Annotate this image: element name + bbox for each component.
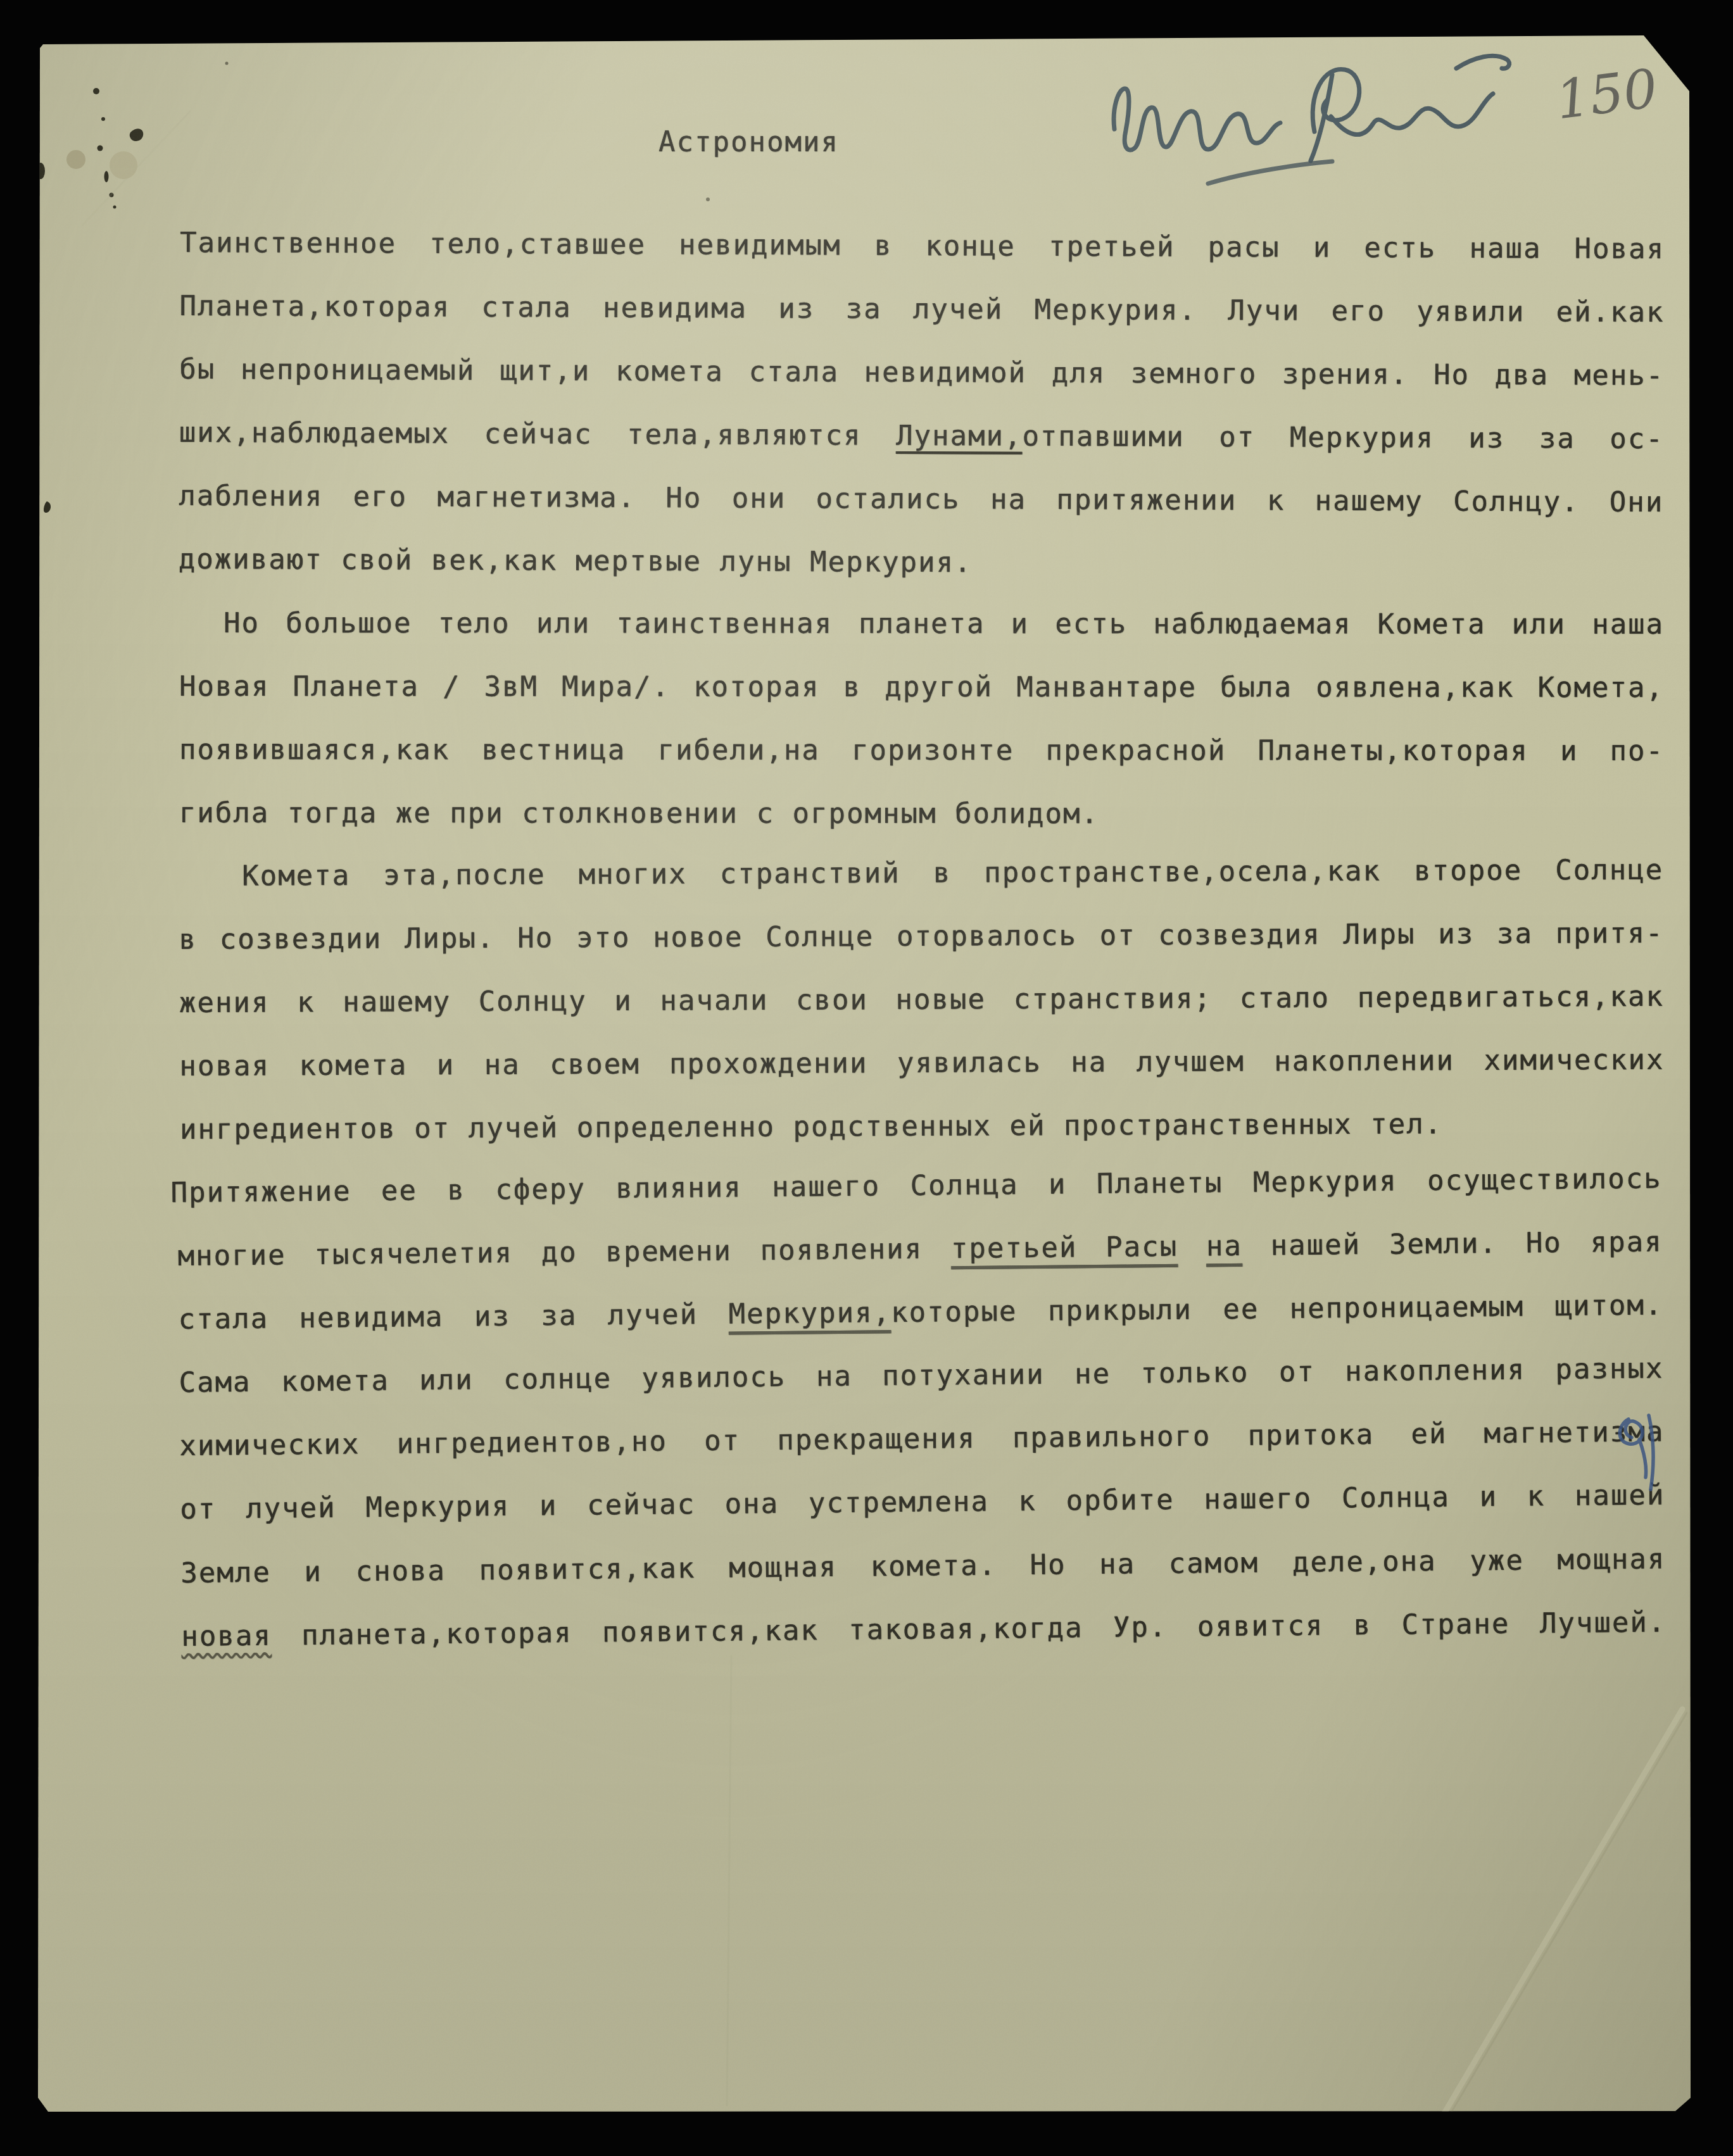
typed-segment: Сама комета или солнце уявилось на потух…: [179, 1353, 1663, 1400]
typed-line: новая комета и на своем прохождении уяви…: [179, 1029, 1664, 1098]
document-title: Астрономия: [659, 127, 839, 158]
typed-segment: от лучей Меркурия и сейчас она устремлен…: [180, 1479, 1665, 1526]
typed-line: в созвездии Лиры. Но это новое Солнце от…: [179, 902, 1663, 972]
underlined-word: новая: [181, 1620, 272, 1653]
typed-line: лабления его магнетизма. Но они остались…: [179, 465, 1663, 534]
typed-segment: в созвездии Лиры. Но это новое Солнце от…: [179, 917, 1663, 956]
typed-segment: многие тысячелетия до времени появления: [177, 1233, 951, 1273]
photo-of-document: Астрономия Таинственное тело,ставшее нев…: [0, 0, 1733, 2156]
typed-segment: Земле и снова появится,как мощная комета…: [180, 1543, 1665, 1589]
typed-segment: появившаяся,как вестница гибели,на гориз…: [179, 734, 1664, 767]
typed-segment: Планета,которая стала невидима из за луч…: [180, 290, 1665, 329]
paper-smudge: [66, 150, 137, 179]
typed-line: появившаяся,как вестница гибели,на гориз…: [179, 718, 1664, 783]
paragraph: Притяжение ее в сферу влияния нашего Сол…: [177, 1148, 1676, 1669]
page-number: 150: [1553, 57, 1661, 131]
typed-line: Таинственное тело,ставшее невидимым в ко…: [180, 211, 1665, 281]
paper: Астрономия Таинственное тело,ставшее нев…: [38, 35, 1691, 2112]
underlined-word: третьей Расы: [951, 1231, 1178, 1265]
typed-text-block: Таинственное тело,ставшее невидимым в ко…: [179, 211, 1673, 1669]
typed-segment: Притяжение ее в сферу влияния нашего Сол…: [170, 1163, 1661, 1210]
typed-segment: бы непроницаемый щит,и комета стала неви…: [179, 353, 1664, 392]
typed-line: Планета,которая стала невидима из за луч…: [179, 275, 1664, 344]
ink-underline-stroke: [1208, 161, 1332, 184]
typed-segment: новая комета и на своем прохождении уяви…: [179, 1044, 1664, 1082]
paragraph: Таинственное тело,ставшее невидимым в ко…: [179, 211, 1675, 598]
underlined-word: на: [1206, 1230, 1242, 1263]
typed-line: ших,наблюдаемых сейчас тела,являются Лун…: [179, 401, 1664, 471]
typed-segment: [1178, 1231, 1206, 1263]
typed-segment: ших,наблюдаемых сейчас тела,являются: [179, 417, 896, 452]
typed-segment: Но большое тело или таинственная планета…: [224, 607, 1664, 641]
typed-line: жения к нашему Солнцу и начали свои новы…: [179, 965, 1664, 1035]
typed-segment: ингредиентов от лучей определенно родств…: [180, 1108, 1443, 1146]
typed-segment: лабления его магнетизма. Но они остались…: [179, 480, 1663, 518]
typed-segment: химических ингредиентов,но от прекращени…: [179, 1416, 1664, 1463]
typed-segment: нашей Земли. Но ярая: [1242, 1226, 1663, 1262]
typed-segment: планета,которая появится,как таковая,ког…: [272, 1607, 1667, 1652]
typed-segment: Новая Планета / ЗвМ Мира/. которая в дру…: [179, 670, 1664, 704]
typed-segment: гибла тогда же при столкновении с огромн…: [179, 797, 1099, 830]
typed-line: Комета эта,после многих странствий в про…: [242, 839, 1663, 908]
typed-segment: доживают свой век,как мертвые луны Мерку…: [179, 543, 973, 579]
typed-segment: стала невидима из за лучей: [178, 1298, 729, 1336]
typed-segment: которые прикрыли ее непроницаемым щитом.: [891, 1289, 1663, 1329]
paragraph: Но большое тело или таинственная планета…: [179, 592, 1673, 846]
typed-line: доживают свой век,как мертвые луны Мерку…: [179, 528, 1663, 598]
typed-line: новая планета,которая появится,как таков…: [181, 1591, 1667, 1669]
typed-line: бы непроницаемый щит,и комета стала неви…: [179, 338, 1664, 408]
underlined-word: Меркурия,: [728, 1297, 891, 1331]
typed-segment: жения к нашему Солнцу и начали свои новы…: [179, 981, 1664, 1019]
typed-segment: отпавшими от Меркурия из за ос-: [1022, 420, 1664, 455]
handwritten-inscription: [1114, 56, 1509, 161]
paragraph: Комета эта,после многих странствий в про…: [179, 839, 1674, 1162]
typed-segment: Таинственное тело,ставшее невидимым в ко…: [180, 227, 1665, 265]
underlined-word: Лунами,: [896, 420, 1023, 453]
typed-line: Но большое тело или таинственная планета…: [224, 592, 1664, 656]
typed-line: гибла тогда же при столкновении с огромн…: [179, 782, 1664, 846]
typed-line: Новая Планета / ЗвМ Мира/. которая в дру…: [179, 655, 1664, 720]
typed-segment: Комета эта,после многих странствий в про…: [242, 854, 1663, 893]
